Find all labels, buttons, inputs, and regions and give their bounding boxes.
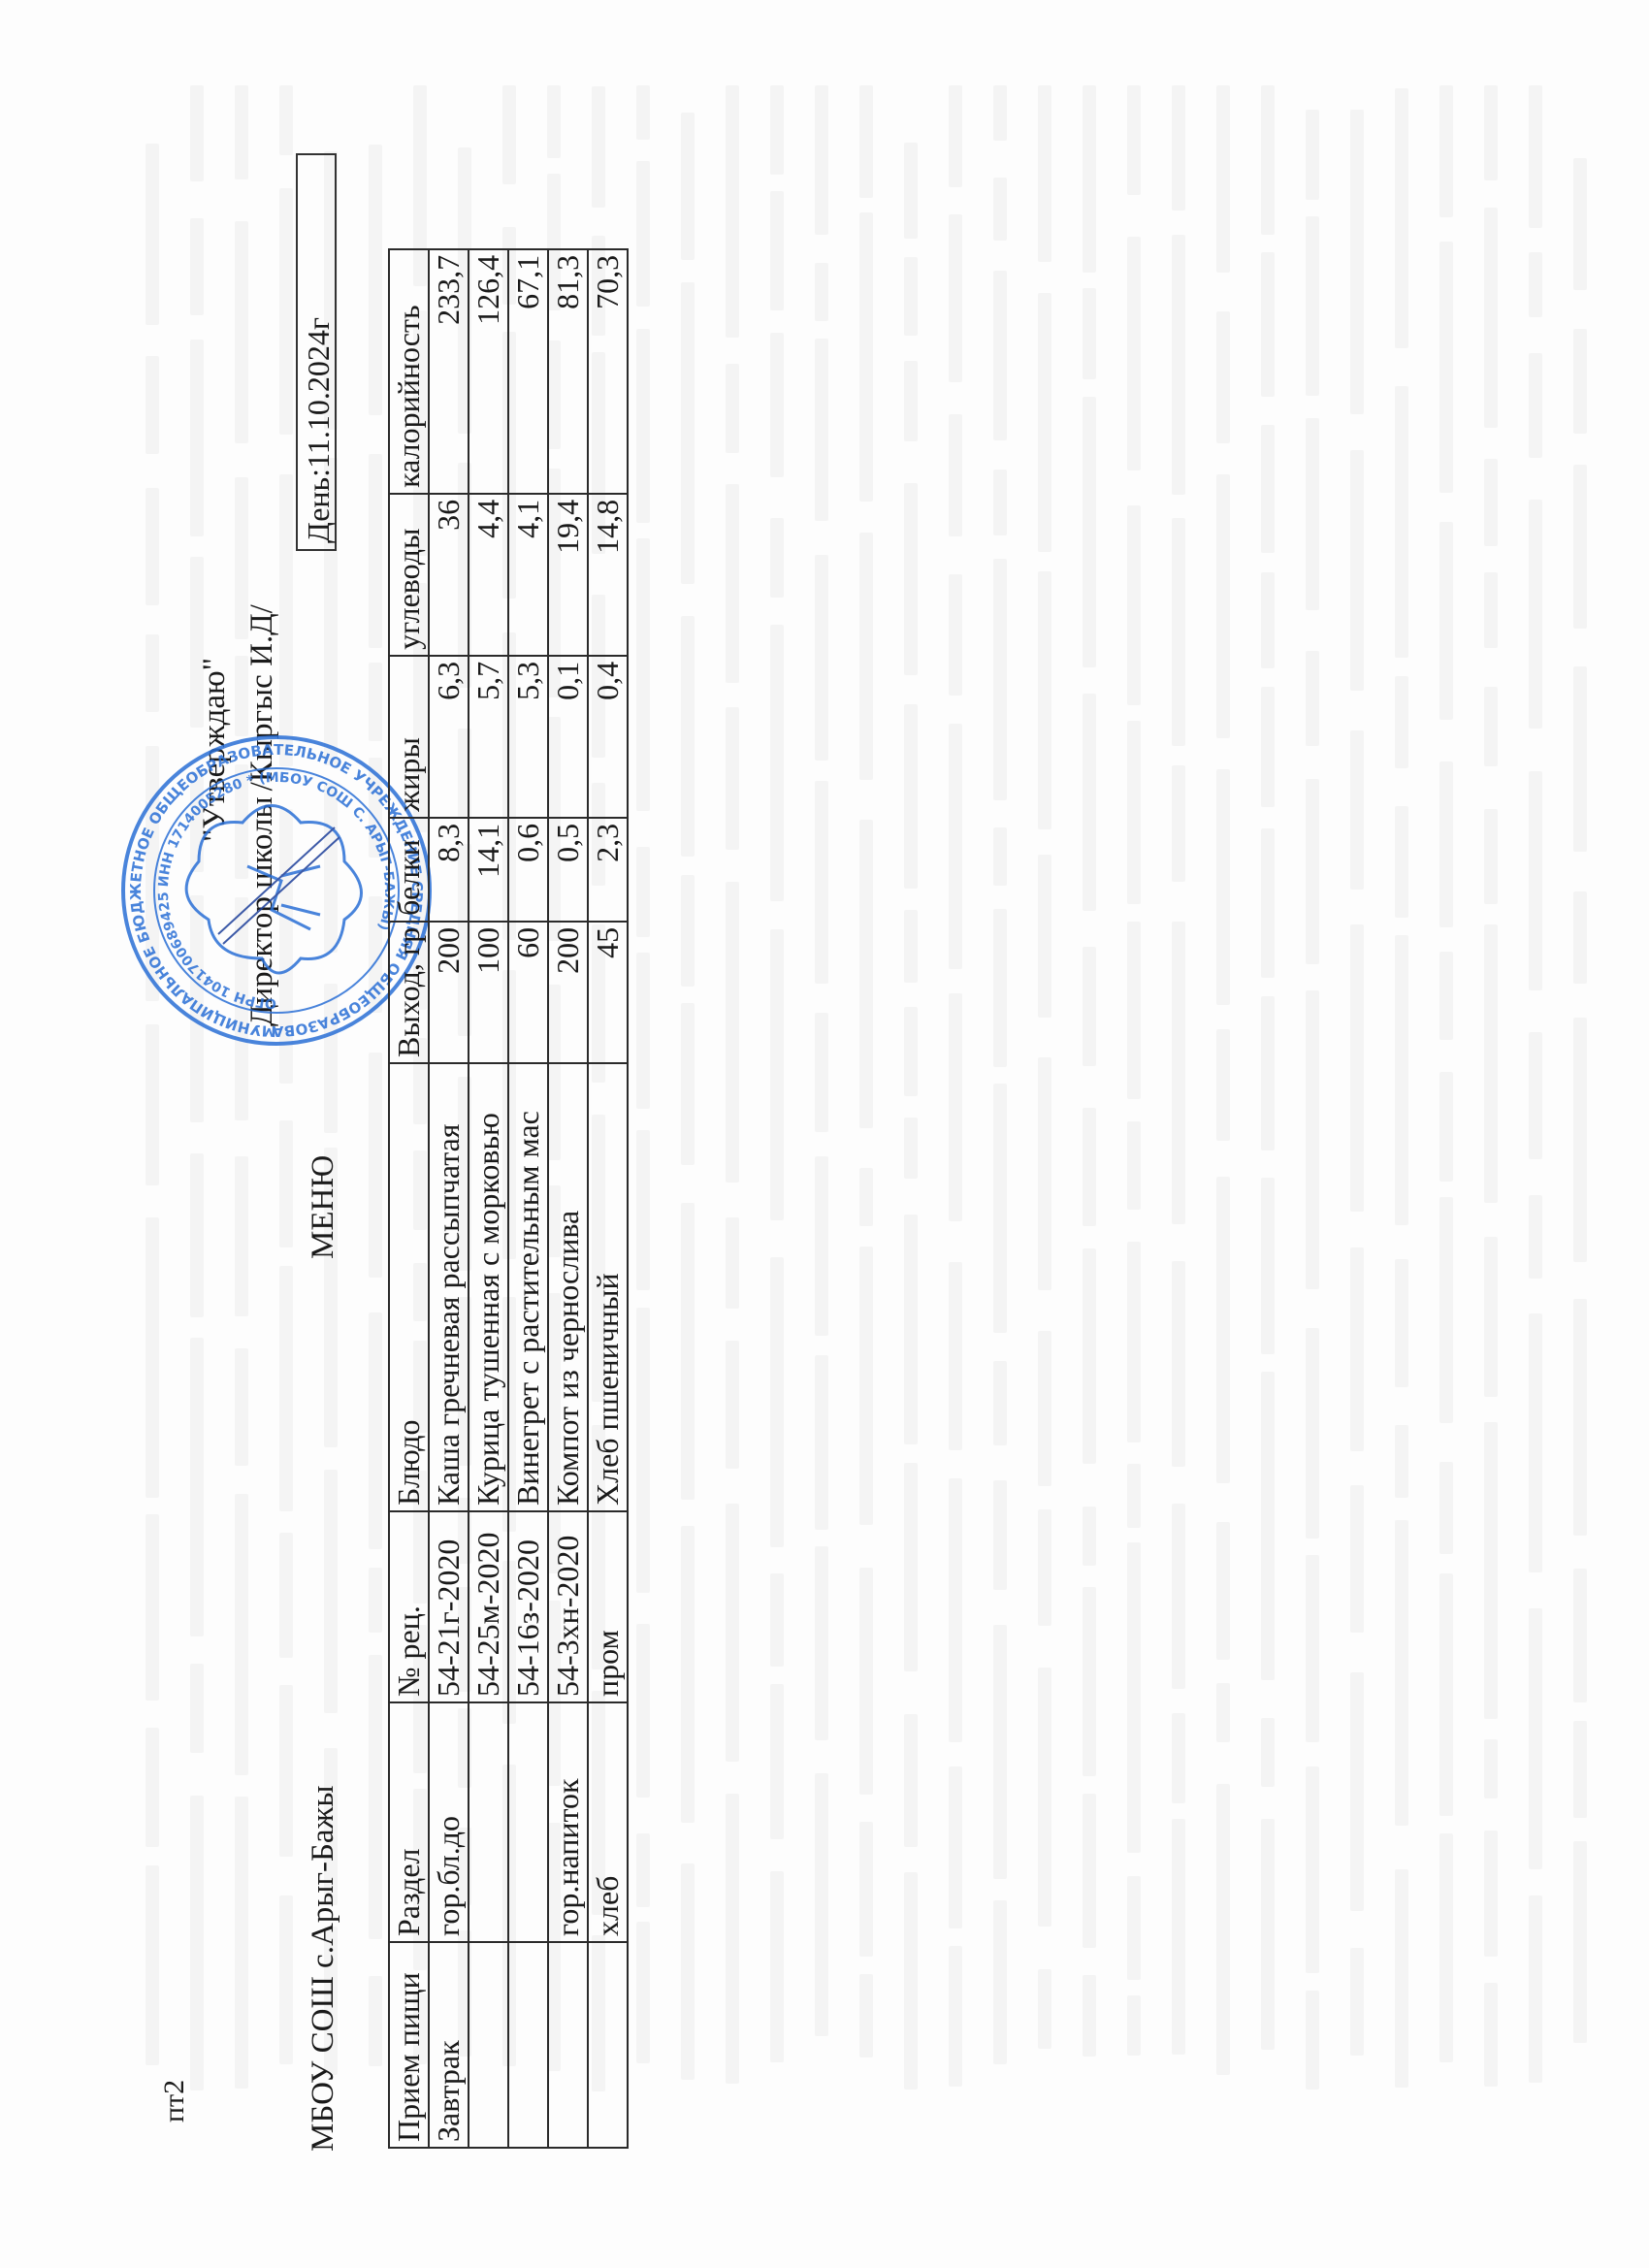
cell-recipe: 54-25м-2020 <box>469 1511 508 1702</box>
table-row: 54-16з-2020Винегрет с растительным мас60… <box>508 249 548 2148</box>
cell-carbs: 4,1 <box>508 494 548 656</box>
cell-fat: 5,3 <box>508 656 548 818</box>
cell-kcal: 233,7 <box>429 249 469 494</box>
cell-section: гор.бл.до <box>429 1702 469 1942</box>
cell-section <box>508 1702 548 1942</box>
cell-fat: 6,3 <box>429 656 469 818</box>
cell-protein: 2,3 <box>588 818 628 922</box>
cell-fat: 0,4 <box>588 656 628 818</box>
cell-kcal: 126,4 <box>469 249 508 494</box>
menu-table-body: Завтракгор.бл.до54-21г-2020Каша гречнева… <box>429 249 628 2148</box>
page-code: пт2 <box>158 2080 191 2122</box>
cell-yield: 45 <box>588 922 628 1063</box>
cell-yield: 200 <box>548 922 588 1063</box>
cell-carbs: 14,8 <box>588 494 628 656</box>
cell-kcal: 81,3 <box>548 249 588 494</box>
cell-yield: 60 <box>508 922 548 1063</box>
cell-section <box>469 1702 508 1942</box>
table-row: гор.напиток54-3хн-2020Компот из черносли… <box>548 249 588 2148</box>
cell-recipe: пром <box>588 1511 628 1702</box>
cell-meal: Завтрак <box>429 1942 469 2148</box>
table-row: Завтракгор.бл.до54-21г-2020Каша гречнева… <box>429 249 469 2148</box>
page-title: МЕНЮ <box>306 1155 341 1259</box>
cell-protein: 0,6 <box>508 818 548 922</box>
cell-dish: Хлеб пшеничный <box>588 1063 628 1511</box>
cell-dish: Каша гречневая рассыпчатая <box>429 1063 469 1511</box>
column-header-dish: Блюдо <box>389 1063 429 1511</box>
cell-recipe: 54-3хн-2020 <box>548 1511 588 1702</box>
cell-section: хлеб <box>588 1702 628 1942</box>
cell-meal <box>469 1942 508 2148</box>
cell-meal <box>548 1942 588 2148</box>
table-row: хлебпромХлеб пшеничный452,30,414,870,3 <box>588 249 628 2148</box>
table-row: 54-25м-2020Курица тушенная с морковью100… <box>469 249 508 2148</box>
reverse-side-bleed-through <box>0 0 1649 2268</box>
cell-kcal: 70,3 <box>588 249 628 494</box>
column-header-section: Раздел <box>389 1702 429 1942</box>
table-header-row: Прием пищиРаздел№ рец.БлюдоВыход, грбелк… <box>389 249 429 2148</box>
column-header-kcal: калорийность <box>389 249 429 494</box>
cell-fat: 0,1 <box>548 656 588 818</box>
menu-document-sheet: пт2 МБОУ СОШ с.Арыг-Бажы МЕНЮ "Утверждаю… <box>0 0 1649 2268</box>
cell-yield: 200 <box>429 922 469 1063</box>
day-date-box: День:11.10.2024г <box>296 153 337 551</box>
school-name: МБОУ СОШ с.Арыг-Бажы <box>306 1785 341 2152</box>
cell-meal <box>508 1942 548 2148</box>
cell-recipe: 54-21г-2020 <box>429 1511 469 1702</box>
cell-kcal: 67,1 <box>508 249 548 494</box>
column-header-carbs: углеводы <box>389 494 429 656</box>
menu-table: Прием пищиРаздел№ рец.БлюдоВыход, грбелк… <box>388 248 629 2149</box>
cell-carbs: 4,4 <box>469 494 508 656</box>
cell-dish: Компот из чернослива <box>548 1063 588 1511</box>
column-header-meal: Прием пищи <box>389 1942 429 2148</box>
cell-protein: 14,1 <box>469 818 508 922</box>
cell-recipe: 54-16з-2020 <box>508 1511 548 1702</box>
cell-protein: 8,3 <box>429 818 469 922</box>
cell-dish: Курица тушенная с морковью <box>469 1063 508 1511</box>
cell-dish: Винегрет с растительным мас <box>508 1063 548 1511</box>
cell-meal <box>588 1942 628 2148</box>
cell-yield: 100 <box>469 922 508 1063</box>
cell-protein: 0,5 <box>548 818 588 922</box>
column-header-yield: Выход, гр <box>389 922 429 1063</box>
column-header-fat: жиры <box>389 656 429 818</box>
cell-section: гор.напиток <box>548 1702 588 1942</box>
column-header-recipe: № рец. <box>389 1511 429 1702</box>
cell-carbs: 36 <box>429 494 469 656</box>
cell-carbs: 19,4 <box>548 494 588 656</box>
column-header-protein: белки <box>389 818 429 922</box>
cell-fat: 5,7 <box>469 656 508 818</box>
